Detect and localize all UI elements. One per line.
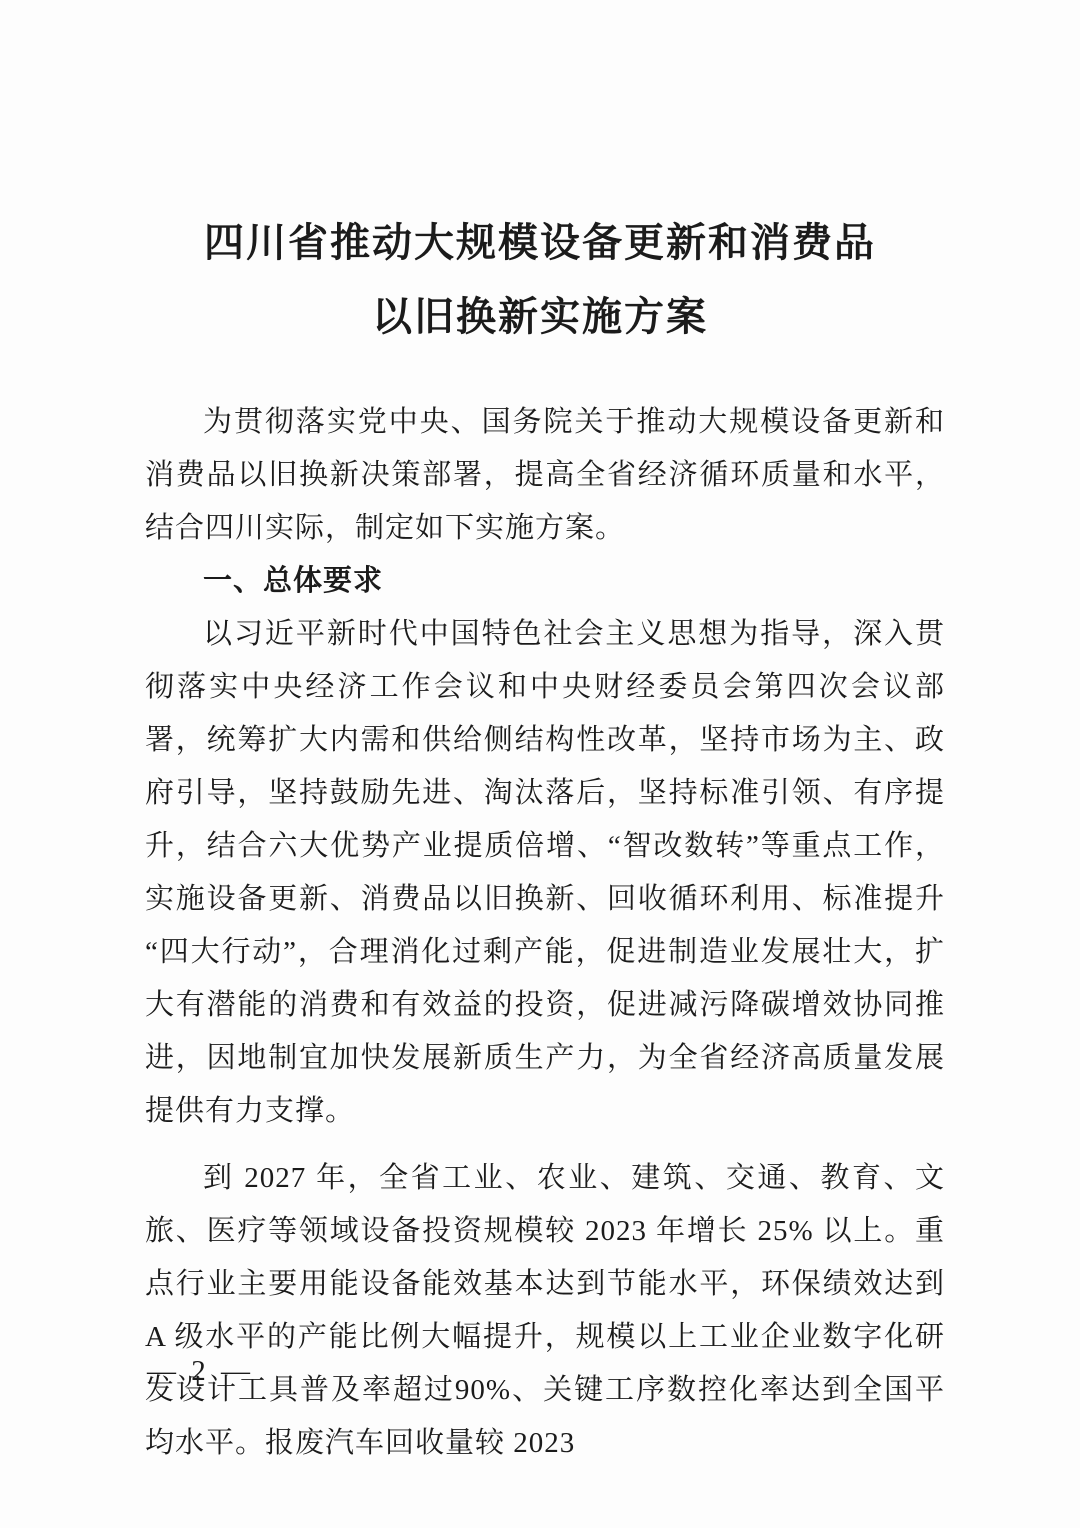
page-number: — 2 — <box>147 1345 254 1398</box>
document-page: 四川省推动大规模设备更新和消费品 以旧换新实施方案 为贯彻落实党中央、国务院关于… <box>0 0 1080 1528</box>
title-line-1: 四川省推动大规模设备更新和消费品 <box>0 206 1080 280</box>
title-line-2: 以旧换新实施方案 <box>0 280 1080 354</box>
document-body: 为贯彻落实党中央、国务院关于推动大规模设备更新和消费品以旧换新决策部署，提高全省… <box>145 396 945 1470</box>
paragraph-guiding-ideology: 以习近平新时代中国特色社会主义思想为指导，深入贯彻落实中央经济工作会议和中央财经… <box>145 608 945 1138</box>
document-title: 四川省推动大规模设备更新和消费品 以旧换新实施方案 <box>0 0 1080 354</box>
section-heading-overall-requirements: 一、总体要求 <box>145 555 945 608</box>
paragraph-intro: 为贯彻落实党中央、国务院关于推动大规模设备更新和消费品以旧换新决策部署，提高全省… <box>145 396 945 555</box>
paragraph-2027-targets: 到 2027 年，全省工业、农业、建筑、交通、教育、文旅、医疗等领域设备投资规模… <box>145 1152 945 1470</box>
